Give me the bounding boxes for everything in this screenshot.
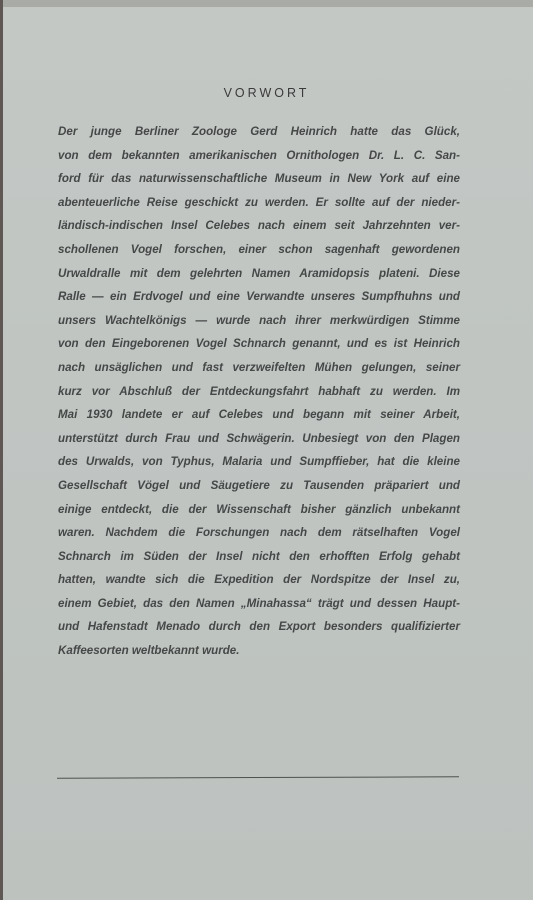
text-line: Mai 1930 landete er auf Celebes und bega… <box>58 403 460 427</box>
page-edge-left <box>0 0 3 900</box>
text-line: einem Gebiet, das den Namen „Minahassa“ … <box>58 592 460 616</box>
text-line: ford für das naturwissenschaftliche Muse… <box>58 167 460 191</box>
text-line: abenteuerliche Reise geschickt zu werden… <box>58 191 460 215</box>
text-line: ländisch-indischen Insel Celebes nach ei… <box>58 214 460 238</box>
text-line: Ralle — ein Erdvogel und eine Verwandte … <box>58 285 460 309</box>
text-line: Der junge Berliner Zoologe Gerd Heinrich… <box>58 120 460 144</box>
text-line-last: Kaffeesorten weltbekannt wurde. <box>58 639 460 663</box>
text-line: Schnarch im Süden der Insel nicht den er… <box>58 545 460 569</box>
text-line: Urwaldralle mit dem gelehrten Namen Aram… <box>58 262 460 286</box>
text-line: nach unsäglichen und fast verzweifelten … <box>58 356 460 380</box>
text-line: unsers Wachtelkönigs — wurde nach ihrer … <box>58 309 460 333</box>
text-line: unterstützt durch Frau und Schwägerin. U… <box>58 427 460 451</box>
text-line: und Hafenstadt Menado durch den Export b… <box>58 615 460 639</box>
text-line: einige entdeckt, die der Wissenschaft bi… <box>58 498 460 522</box>
text-line: hatten, wandte sich die Expedition der N… <box>58 568 460 592</box>
text-line: kurz vor Abschluß der Entdeckungsfahrt h… <box>58 380 460 404</box>
text-line: von den Eingeborenen Vogel Schnarch gena… <box>58 332 460 356</box>
text-line: Gesellschaft Vögel und Säugetiere zu Tau… <box>58 474 460 498</box>
preface-paragraph: Der junge Berliner Zoologe Gerd Heinrich… <box>58 120 460 663</box>
text-line: des Urwalds, von Typhus, Malaria und Sum… <box>58 450 460 474</box>
text-line: schollenen Vogel forschen, einer schon s… <box>58 238 460 262</box>
text-line: von dem bekannten amerikanischen Ornitho… <box>58 144 460 168</box>
page-heading: VORWORT <box>0 86 533 100</box>
text-line: waren. Nachdem die Forschungen nach dem … <box>58 521 460 545</box>
